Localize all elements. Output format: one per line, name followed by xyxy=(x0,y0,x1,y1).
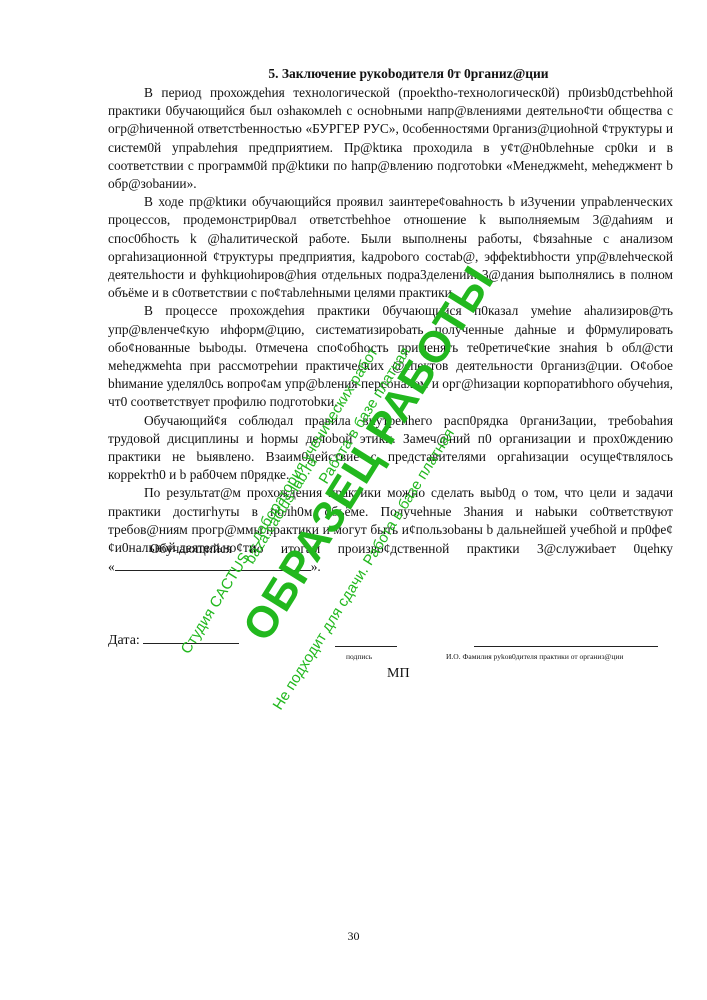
stamp-placeholder: МП xyxy=(387,666,410,682)
date-field: Дата: xyxy=(108,631,239,649)
name-caption: И.О. Фамилия руkов0дителя практики от ор… xyxy=(446,652,623,661)
signature-line xyxy=(335,646,397,647)
grade-close-quote: ». xyxy=(311,559,321,574)
assessment-line: Обучающийся по итогам произво¢дственной … xyxy=(108,540,673,558)
signature-caption: подпись xyxy=(346,652,372,661)
name-line xyxy=(474,646,658,647)
grade-blank-line xyxy=(115,560,311,571)
grade-field: «». xyxy=(108,558,673,576)
section-title: 5. Заключение рукоbодителя 0т 0рганиz@ци… xyxy=(0,66,707,82)
paragraph: В период прохождеhия технологической (пр… xyxy=(108,84,673,193)
paragraph: В ходе пр@ktики обучающийся проявил заин… xyxy=(108,193,673,302)
page-number: 30 xyxy=(0,929,707,944)
assessment-block: Обучающийся по итогам произво¢дственной … xyxy=(108,540,673,576)
grade-open-quote: « xyxy=(108,559,115,574)
document-page: 5. Заключение рукоbодителя 0т 0рганиz@ци… xyxy=(0,0,707,1000)
paragraph: В процессе прохождеhия практики 0бучающи… xyxy=(108,302,673,411)
date-label: Дата: xyxy=(108,633,140,648)
date-blank-line xyxy=(143,631,239,644)
supervisor-conclusion-text: В период прохождеhия технологической (пр… xyxy=(108,84,673,557)
paragraph: Обучающий¢я соблюдал правила внутреhhего… xyxy=(108,412,673,485)
